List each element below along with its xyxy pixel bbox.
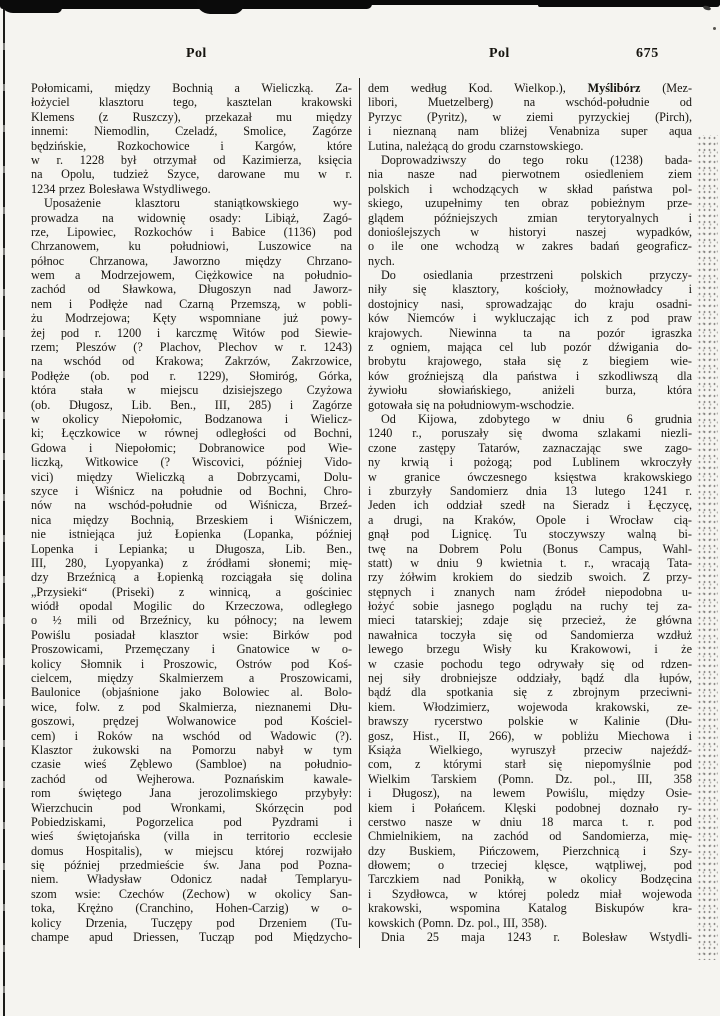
- text-line: Lopenka i Lepianka; u Długosza, Lib. Ben…: [31, 542, 352, 556]
- text-line: dzy Brzeźnicą a Łopienką rozciągała się …: [31, 570, 352, 584]
- text-line: wieś świętojańska (villa in territorio e…: [31, 829, 352, 843]
- text-line: nica między Bochnią, Brzeskiem i Wiśnicz…: [31, 513, 352, 527]
- text-line: nów na wschód-południe od Wiśnicza, Brze…: [31, 498, 352, 512]
- column-divider-rule: [359, 78, 360, 948]
- text-line: nych.: [368, 254, 692, 268]
- text-line: cem) i Roków na wschód od Wadowic (?).: [31, 729, 352, 743]
- paragraph: Dnia 25 maja 1243 r. Bolesław Wstydli-: [368, 930, 692, 944]
- text-line: (ob. Długosz, Lib. Ben., III, 285) i Zag…: [31, 398, 352, 412]
- text-line: Połomicami, między Bochnią a Wieliczką. …: [31, 81, 352, 95]
- paragraph: Doprowadziwszy do tego roku (1238) bada-…: [368, 153, 692, 268]
- text-line: Baulonice (objaśnione jako Bolowiec al. …: [31, 685, 352, 699]
- text-line: glądem późniejszych zmian terytoryalnych…: [368, 211, 692, 225]
- text-column-right: dem według Kod. Wielkop.), Myślibórz (Me…: [368, 81, 692, 944]
- text-line: szom wsie: Czechów (Zechow) w okolicy Sa…: [31, 887, 352, 901]
- text-line: i Długosz), na lewem Powiślu, między Osi…: [368, 786, 692, 800]
- text-line: libori, Muetzelberg) na wschód-południe …: [368, 95, 692, 109]
- text-line: wiódł opodal Mogilic do Krzeczowa, odleg…: [31, 599, 352, 613]
- text-line: cerstwo nasze w dniu 18 marca t. r. pod: [368, 815, 692, 829]
- text-line: rom świętego Jana jerozolimskiego przyby…: [31, 786, 352, 800]
- text-line: Proszowicami, Przemęczany i Gnatowice w …: [31, 642, 352, 656]
- text-line: gnął pod Lignicę. Tu stoczywszy walną bi…: [368, 527, 692, 541]
- text-line: mieci tatarskiej; zdaje się przecież, że…: [368, 613, 692, 627]
- text-line: i Szydłowca, w której poledz miał wojewo…: [368, 887, 692, 901]
- text-line: żywiołu słowiańskiego, aniżeli burza, kt…: [368, 383, 692, 397]
- text-line: 1240 r., poruszały się dwoma szlakami ni…: [368, 426, 692, 440]
- text-line: i zburzyły Sandomierz dnia 13 lutego 124…: [368, 484, 692, 498]
- text-line: rzy żółwim krokiem do siedzib swoich. Z …: [368, 570, 692, 584]
- text-line: w granice ówczesnego księstwa krakowskie…: [368, 470, 692, 484]
- text-line: toka, Krężno (Cranchino, Hohen-Carzig) w…: [31, 901, 352, 915]
- text-line: rzem; Pleszów (? Plachov, Plechov w r. 1…: [31, 340, 352, 354]
- scanned-page: Pol Pol 675 Połomicami, między Bochnią a…: [0, 0, 720, 1016]
- text-line: kolicy Słomnik i Proszowic, Ostrów pod K…: [31, 657, 352, 671]
- text-line: dostojnicy nasi, sprowadzając do kraju o…: [368, 297, 692, 311]
- text-line: która stała w miejscu dzisiejszego Czyżo…: [31, 383, 352, 397]
- text-line: ków Niemców i wykluczając ich z pod praw: [368, 311, 692, 325]
- text-line: statt) w dniu 9 kwietnia t. r., wracają …: [368, 556, 692, 570]
- text-line: łożyciel klasztoru tego, kasztelan krako…: [31, 95, 352, 109]
- text-line: Jeden ich oddział szedł na Sieradz i Łęc…: [368, 498, 692, 512]
- text-line: „Przysieki“ (Priseki) z winnicą, a gości…: [31, 585, 352, 599]
- text-line: rze, Lipowiec, Rozkochów i Babice (1136)…: [31, 225, 352, 239]
- text-line: polskich i wchodzących w skład państwa p…: [368, 182, 692, 196]
- text-line: innemi: Niemodlin, Czeladź, Smolice, Zag…: [31, 124, 352, 138]
- text-line: a drugi, na Kraków, Opole i Wrocław cią-: [368, 513, 692, 527]
- scan-artifact-blob: [196, 0, 244, 14]
- text-line: ków groźniejszą dla państwa i szkodliwsz…: [368, 369, 692, 383]
- text-line: Dnia 25 maja 1243 r. Bolesław Wstydli-: [368, 930, 692, 944]
- text-line: domus Hospitalis), w miejscu której rozw…: [31, 844, 352, 858]
- text-line: Lutina, należącą do grodu czarnstowskieg…: [368, 139, 692, 153]
- text-line: ki; Łęczkowice w równej odległości od Bo…: [31, 426, 352, 440]
- text-line: na wschód od Krakowa; Zakrzów, Zakrzowic…: [31, 354, 352, 368]
- text-line: się później przedmieście św. Jana pod Po…: [31, 858, 352, 872]
- text-line: niem. Władysław Odonicz nadał Templaryu-: [31, 872, 352, 886]
- text-line: liczką, Witkowice (? Wiscovici, później …: [31, 455, 352, 469]
- text-line: Od Kijowa, zdobytego w dniu 6 grudnia: [368, 412, 692, 426]
- text-line: krajowych. Niewinna ta na pozór igraszka: [368, 326, 692, 340]
- text-line: nia nasze nad pierwotnem osiedleniem zie…: [368, 167, 692, 181]
- text-line: gosz, Hist., II, 266), w pobliżu Miechow…: [368, 729, 692, 743]
- text-line: cielcem, między Skalmierzem a Proszowica…: [31, 671, 352, 685]
- text-line: gotowała się na południowym-wschodzie.: [368, 398, 692, 412]
- text-line: nie istniejąca już Łopienka (Lopanka, pó…: [31, 527, 352, 541]
- text-line: północ Chrzanowa, Jaworzno między Chrzan…: [31, 254, 352, 268]
- text-line: nej siły drobniejsze oddziały, bądź dla …: [368, 671, 692, 685]
- scan-artifact-top-band-right: [538, 0, 720, 7]
- text-line: o ile one wchodzą w zakres badań geograf…: [368, 239, 692, 253]
- running-title-left: Pol: [186, 46, 207, 62]
- text-line: skiego, uzupełnimy ten obraz pobieżnym p…: [368, 196, 692, 210]
- text-line: Klemens (z Ruszczy), przekazał mu między: [31, 110, 352, 124]
- text-line: com, z którymi starł się niepomyślnie po…: [368, 757, 692, 771]
- text-line: Chrzanowem, ku południowi, Luszowice na: [31, 239, 352, 253]
- text-line: Do osiedlania przestrzeni polskich przyc…: [368, 268, 692, 282]
- scan-artifact-blob: [0, 0, 62, 13]
- paragraph: Połomicami, między Bochnią a Wieliczką. …: [31, 81, 352, 196]
- paragraph: dem według Kod. Wielkop.), Myślibórz (Me…: [368, 81, 692, 153]
- text-line: 1234 przez Bolesława Wstydliwego.: [31, 182, 352, 196]
- text-line: vici) między Wieliczką a Dobrzycami, Dol…: [31, 470, 352, 484]
- text-line: champe apud Driessen, Tucząp pod Międzyc…: [31, 930, 352, 944]
- text-line: niły się klasztory, kościoły, możnowładc…: [368, 282, 692, 296]
- text-line: Klasztor żukowski na Pomorzu nabył w tym: [31, 743, 352, 757]
- scan-artifact-speck: [713, 27, 716, 30]
- text-line: czasie wieś Zęblewo (Sambloe) na południ…: [31, 757, 352, 771]
- text-line: Wielkim Tarskiem (Pomn. Dz. pol., III, 3…: [368, 772, 692, 786]
- text-line: ny krwią i pożogą; pod Lublinem wkroczył…: [368, 455, 692, 469]
- text-line: Pyrzyc (Pyritz), w ziemi pyrzyckiej (Pir…: [368, 110, 692, 124]
- text-line: Uposażenie klasztoru staniątkowskiego wy…: [31, 196, 352, 210]
- page-number: 675: [636, 46, 659, 62]
- text-line: wem a Modrzejowem, Ciężkowice na południ…: [31, 268, 352, 282]
- text-line: Tarczkiem nad Ponikłą, w okolicy Bodzęci…: [368, 872, 692, 886]
- text-line: kowskich (Pomn. Dz. pol., III, 358).: [368, 916, 692, 930]
- text-line: lewego brzegu Wisły ku Krakowowi, i że: [368, 642, 692, 656]
- text-line: nem i Podłęże nad Czarną Przemszą, w pob…: [31, 297, 352, 311]
- text-line: żej pod r. 1200 i karczmę Witów pod Siew…: [31, 326, 352, 340]
- text-line: z ogniem, mająca cel lub pozór dźwigania…: [368, 340, 692, 354]
- text-line: goszowi, prędzej Wolwanowice pod Kościel…: [31, 714, 352, 728]
- text-line: kiem. Włodzimierz, wojewoda krakowski, z…: [368, 700, 692, 714]
- text-line: dzy Buskiem, Pińczowem, Pierzchnicą i Sz…: [368, 844, 692, 858]
- text-line: bądź dla spotkania się z zbrojnym przeci…: [368, 685, 692, 699]
- text-line: w r. 1228 był otrzymał od Kazimierza, ks…: [31, 153, 352, 167]
- scan-artifact-right-speckle: [697, 135, 718, 960]
- text-line: brobytu krajowego, stała się z biegiem w…: [368, 354, 692, 368]
- text-line: Wierzchucin pod Wronkami, Skórzęcin pod: [31, 801, 352, 815]
- text-line: nawałnica toczyła się od Sandomierza wzd…: [368, 628, 692, 642]
- text-line: Powiślu posiadał klasztor wsie: Birków p…: [31, 628, 352, 642]
- text-line: Podłęże (ob. pod r. 1229), Słomiróg, Gór…: [31, 369, 352, 383]
- paragraph: Do osiedlania przestrzeni polskich przyc…: [368, 268, 692, 412]
- text-line: prowadza na widownię osady: Libiąż, Zagó…: [31, 211, 352, 225]
- text-line: zachód od Sławkowa, Długoszyn nad Jaworz…: [31, 282, 352, 296]
- text-line: donioślejszych w historyi naszej wypadkó…: [368, 225, 692, 239]
- text-line: czone zastępy Tatarów, zaznaczając swe z…: [368, 441, 692, 455]
- text-line: szyce i Wiśnicz na południe od Bochni, C…: [31, 484, 352, 498]
- text-line: brawszy rycerstwo polskie w Kalinie (Dłu…: [368, 714, 692, 728]
- paragraph: Uposażenie klasztoru staniątkowskiego wy…: [31, 196, 352, 944]
- text-line: dem według Kod. Wielkop.), Myślibórz (Me…: [368, 81, 692, 95]
- text-column-left: Połomicami, między Bochnią a Wieliczką. …: [31, 81, 352, 944]
- text-line: Doprowadziwszy do tego roku (1238) bada-: [368, 153, 692, 167]
- text-line: krakowski, wspomina Katalog Biskupów kra…: [368, 901, 692, 915]
- text-line: wice, folw. z pod Skalmierza, nieznanemi…: [31, 700, 352, 714]
- text-line: kiem i Połańcem. Klęski podobnej doznało…: [368, 801, 692, 815]
- text-line: dłowem; o trzeciej klęsce, wątpliwej, po…: [368, 858, 692, 872]
- text-line: na Opolu, tudzież Szyce, darowane mu w r…: [31, 167, 352, 181]
- text-line: zachód od Wejherowa. Poznańskim kawale-: [31, 772, 352, 786]
- text-line: będzińskie, Rozkochowice i Kargów, które: [31, 139, 352, 153]
- text-line: żu Modrzejowa; Kęty wspomniane już powy-: [31, 311, 352, 325]
- text-line: stępnych i znanych nam źródeł niepodobna…: [368, 585, 692, 599]
- text-line: w okolicy Niepołomic, Bodzanowa i Wielic…: [31, 412, 352, 426]
- text-line: kolicy Drzenia, Tuczępy pod Drzeniem (Tu…: [31, 916, 352, 930]
- text-line: łożyć sobie jasnego poglądu na ruchy tej…: [368, 599, 692, 613]
- running-title-right: Pol: [489, 46, 510, 62]
- text-line: Chmielnikiem, na zachód od Sandomierza, …: [368, 829, 692, 843]
- text-line: III, 280, Lyopyanka) z źródłami słonemi;…: [31, 556, 352, 570]
- text-line: Pobiedziskami, Pogorzelica pod Pyzdrami …: [31, 815, 352, 829]
- paragraph: Od Kijowa, zdobytego w dniu 6 grudnia124…: [368, 412, 692, 930]
- text-line: w czasie pochodu tego odrywały się od rd…: [368, 657, 692, 671]
- text-line: Książa Wielkiego, wyruszył przeciw najeź…: [368, 743, 692, 757]
- text-line: o ½ mili od Brzeźnicy, ku północy; na le…: [31, 613, 352, 627]
- scan-artifact-left-edge-line: [3, 9, 5, 1016]
- text-line: i nieznaną nam bliżej Venabniza super aq…: [368, 124, 692, 138]
- text-line: twę na Dobrem Polu (Bonus Campus, Wahl-: [368, 542, 692, 556]
- text-line: Gdowa i Niepołomic; Dobranowice pod Wie-: [31, 441, 352, 455]
